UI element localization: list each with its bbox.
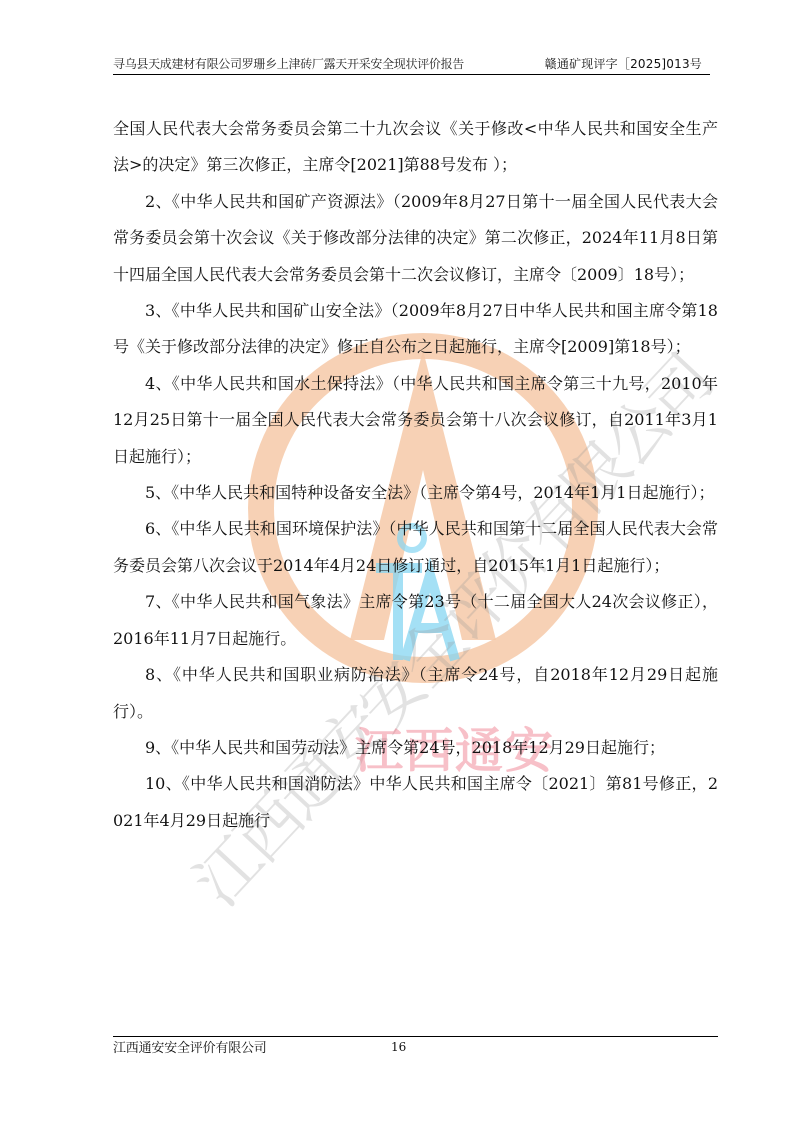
report-title: 寻乌县天成建材有限公司罗珊乡上津砖厂露天开采安全现状评价报告	[113, 56, 464, 72]
page-header: 寻乌县天成建材有限公司罗珊乡上津砖厂露天开采安全现状评价报告 赣通矿现评字［20…	[113, 56, 710, 75]
page-number: 16	[391, 1037, 406, 1057]
page-footer: 江西通安安全评价有限公司 16	[113, 1036, 718, 1037]
law-item-4: 4、《中华人民共和国水土保持法》（中华人民共和国主席令第三十九号，2010年12…	[113, 366, 718, 475]
law-item-5: 5、《中华人民共和国特种设备安全法》（主席令第4号，2014年1月1日起施行）；	[113, 475, 718, 511]
footer-company: 江西通安安全评价有限公司	[113, 1039, 267, 1059]
paragraph-continuation: 全国人民代表大会常务委员会第二十九次会议《关于修改<中华人民共和国安全生产法>的…	[113, 111, 718, 184]
document-number: 赣通矿现评字［2025]013号	[545, 56, 702, 72]
law-item-6: 6、《中华人民共和国环境保护法》（中华人民共和国第十二届全国人民代表大会常务委员…	[113, 511, 718, 584]
law-item-3: 3、《中华人民共和国矿山安全法》（2009年8月27日中华人民共和国主席令第18…	[113, 293, 718, 366]
law-item-7: 7、《中华人民共和国气象法》主席令第23号（十二届全国大人24次会议修正），20…	[113, 584, 718, 657]
law-item-2: 2、《中华人民共和国矿产资源法》（2009年8月27日第十一届全国人民代表大会常…	[113, 184, 718, 293]
document-body: 全国人民代表大会常务委员会第二十九次会议《关于修改<中华人民共和国安全生产法>的…	[113, 111, 718, 839]
law-item-10: 10、《中华人民共和国消防法》中华人民共和国主席令〔2021〕第81号修正，20…	[113, 766, 718, 839]
document-page: 江西通安安全评价有限公司 江西通安 寻乌县天成建材有限公司罗珊乡上津砖厂露天开采…	[0, 0, 793, 1122]
law-item-8: 8、《中华人民共和国职业病防治法》（主席令24号，自2018年12月29日起施行…	[113, 657, 718, 730]
law-item-9: 9、《中华人民共和国劳动法》主席令第24号，2018年12月29日起施行；	[113, 730, 718, 766]
